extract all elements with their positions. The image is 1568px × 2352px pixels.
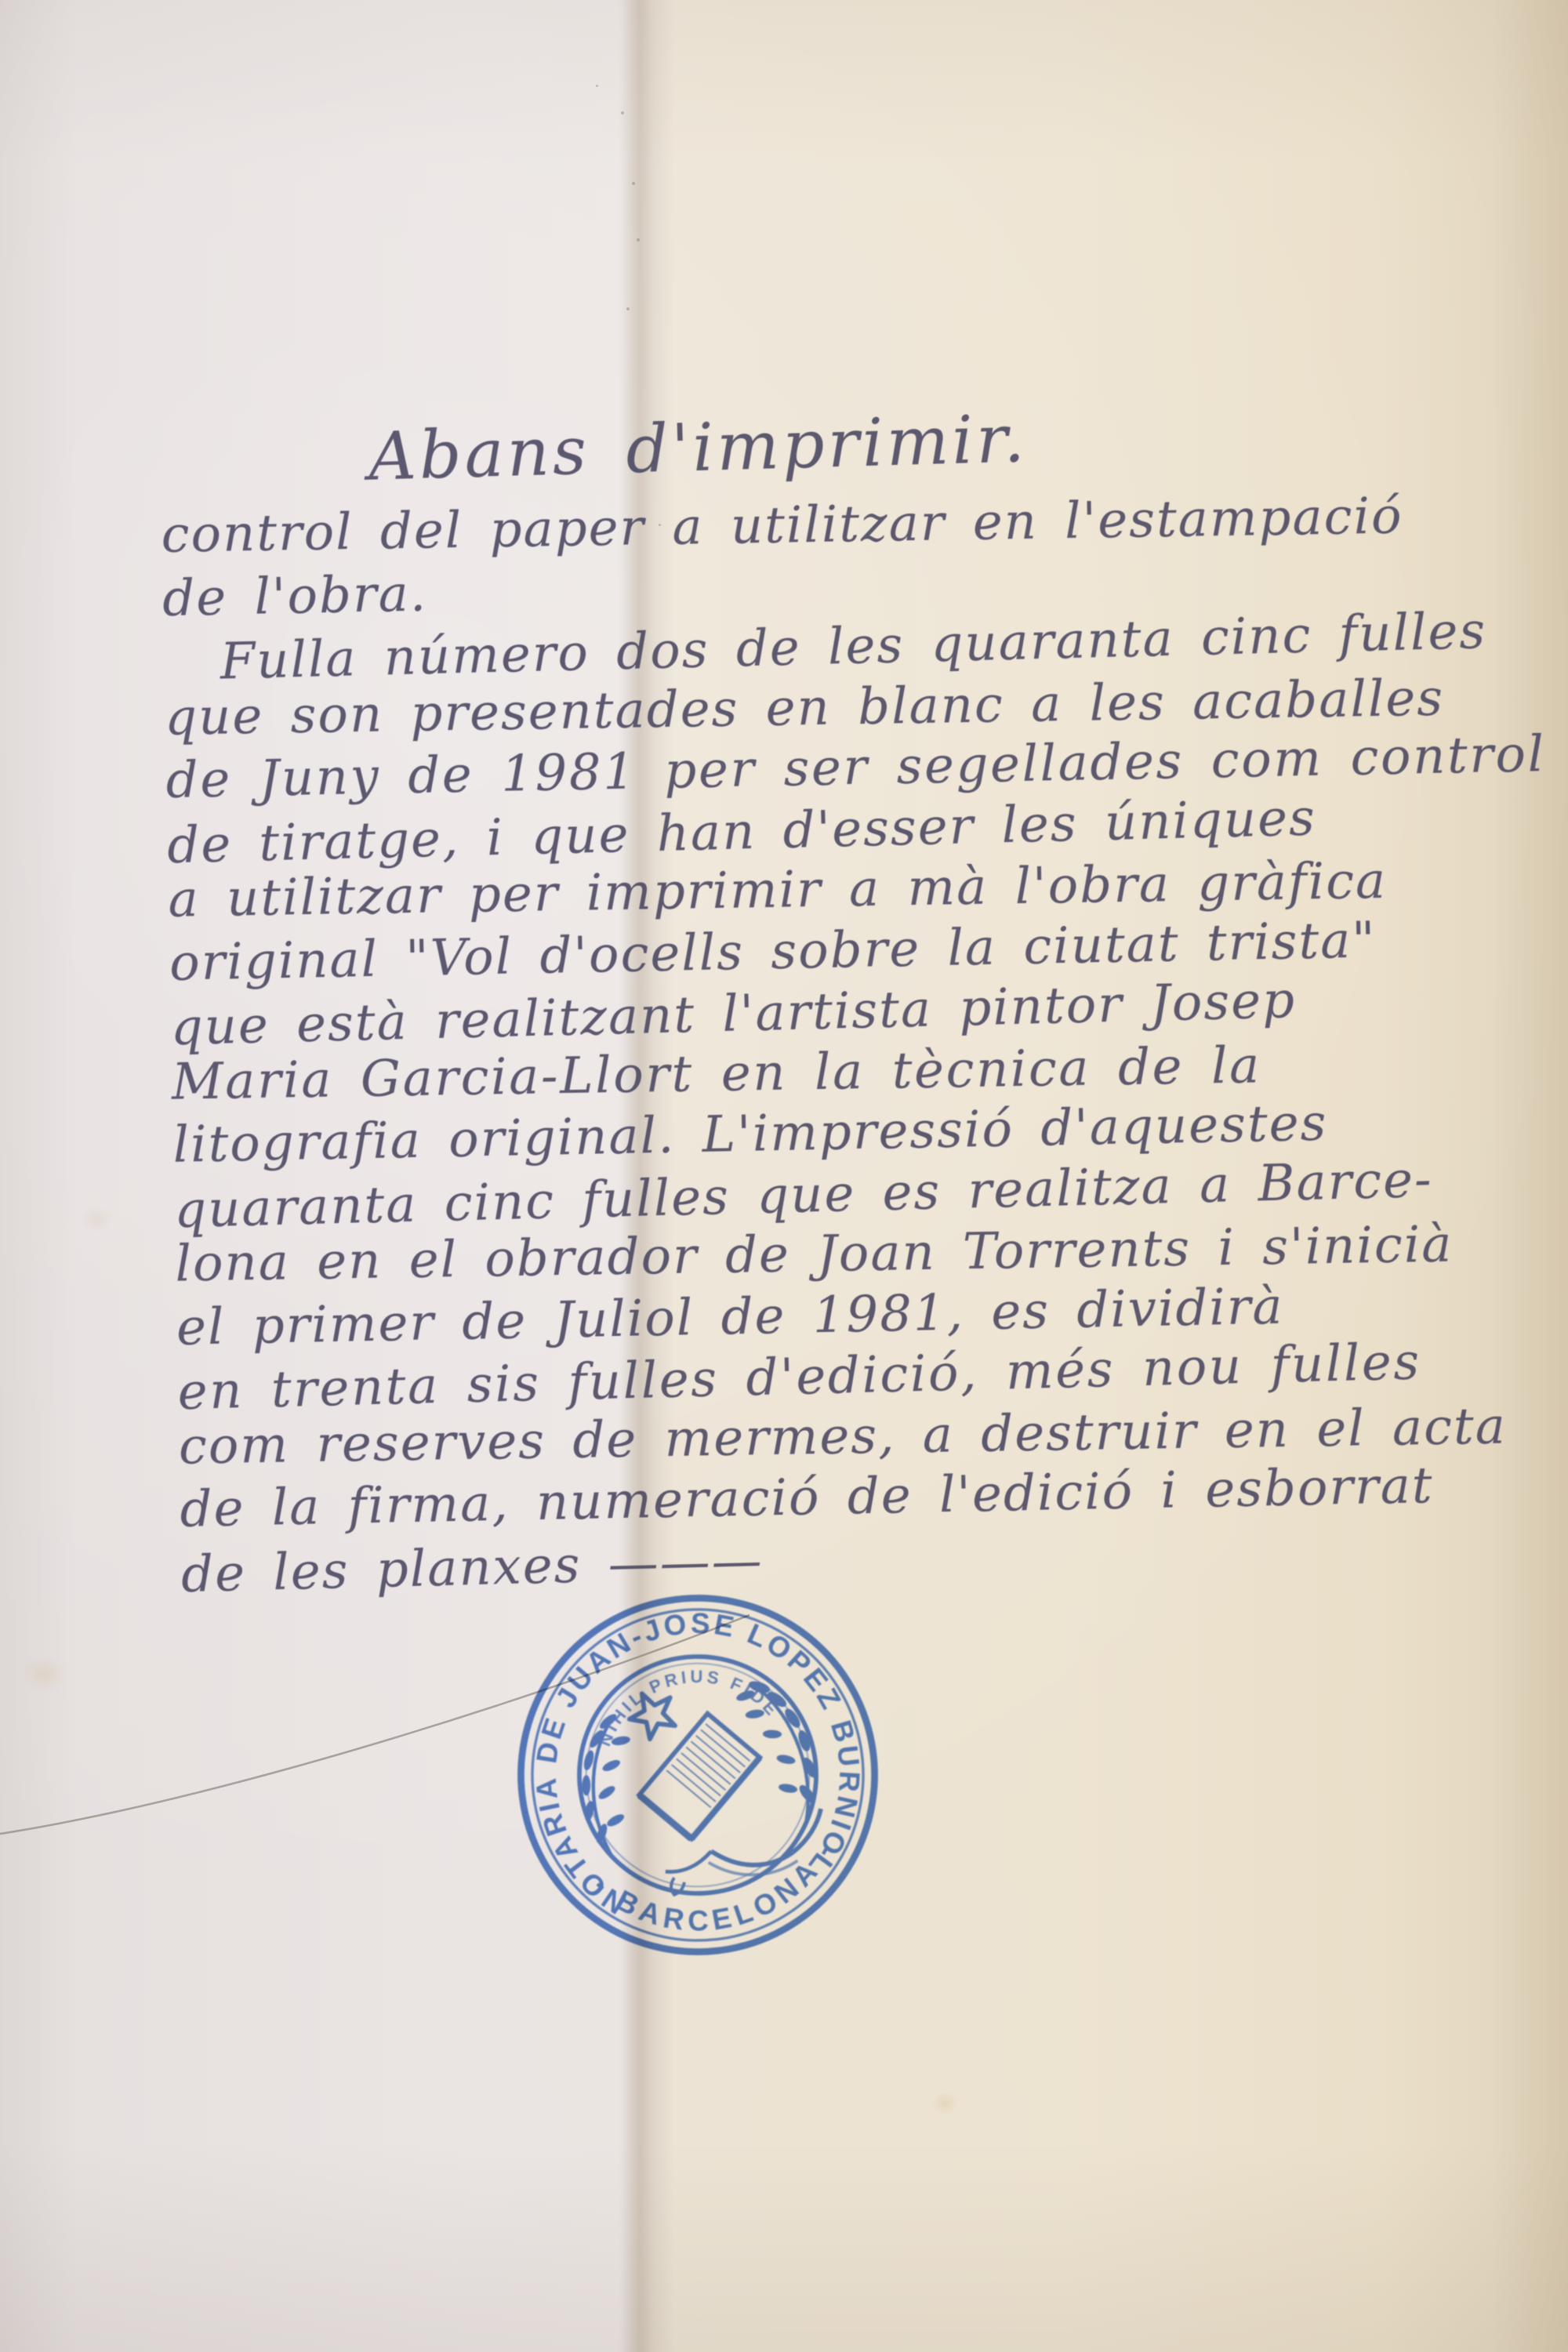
dust-speck — [626, 307, 630, 310]
stamp-book-icon — [639, 1714, 760, 1839]
paper-stain — [82, 1206, 113, 1232]
handwriting-block: control del paper a utilitzar en l'estam… — [161, 483, 1483, 1602]
dust-speck — [596, 85, 598, 87]
dust-speck — [632, 182, 635, 185]
stamp-ring-text-top: NOTARIA DE JUAN-JOSE LOPEZ BURNIOL — [503, 1581, 886, 1931]
paper-stain — [22, 1656, 67, 1692]
handwritten-title: Abans d'imprimir. — [368, 400, 1029, 495]
paper-stain — [931, 2092, 958, 2115]
notary-stamp: NOTARIA DE JUAN-JOSE LOPEZ BURNIOL - BAR… — [478, 1555, 918, 1995]
dust-speck — [621, 111, 624, 114]
document-photo: Abans d'imprimir. control del paper a ut… — [0, 0, 1568, 2352]
dust-speck — [637, 238, 640, 241]
